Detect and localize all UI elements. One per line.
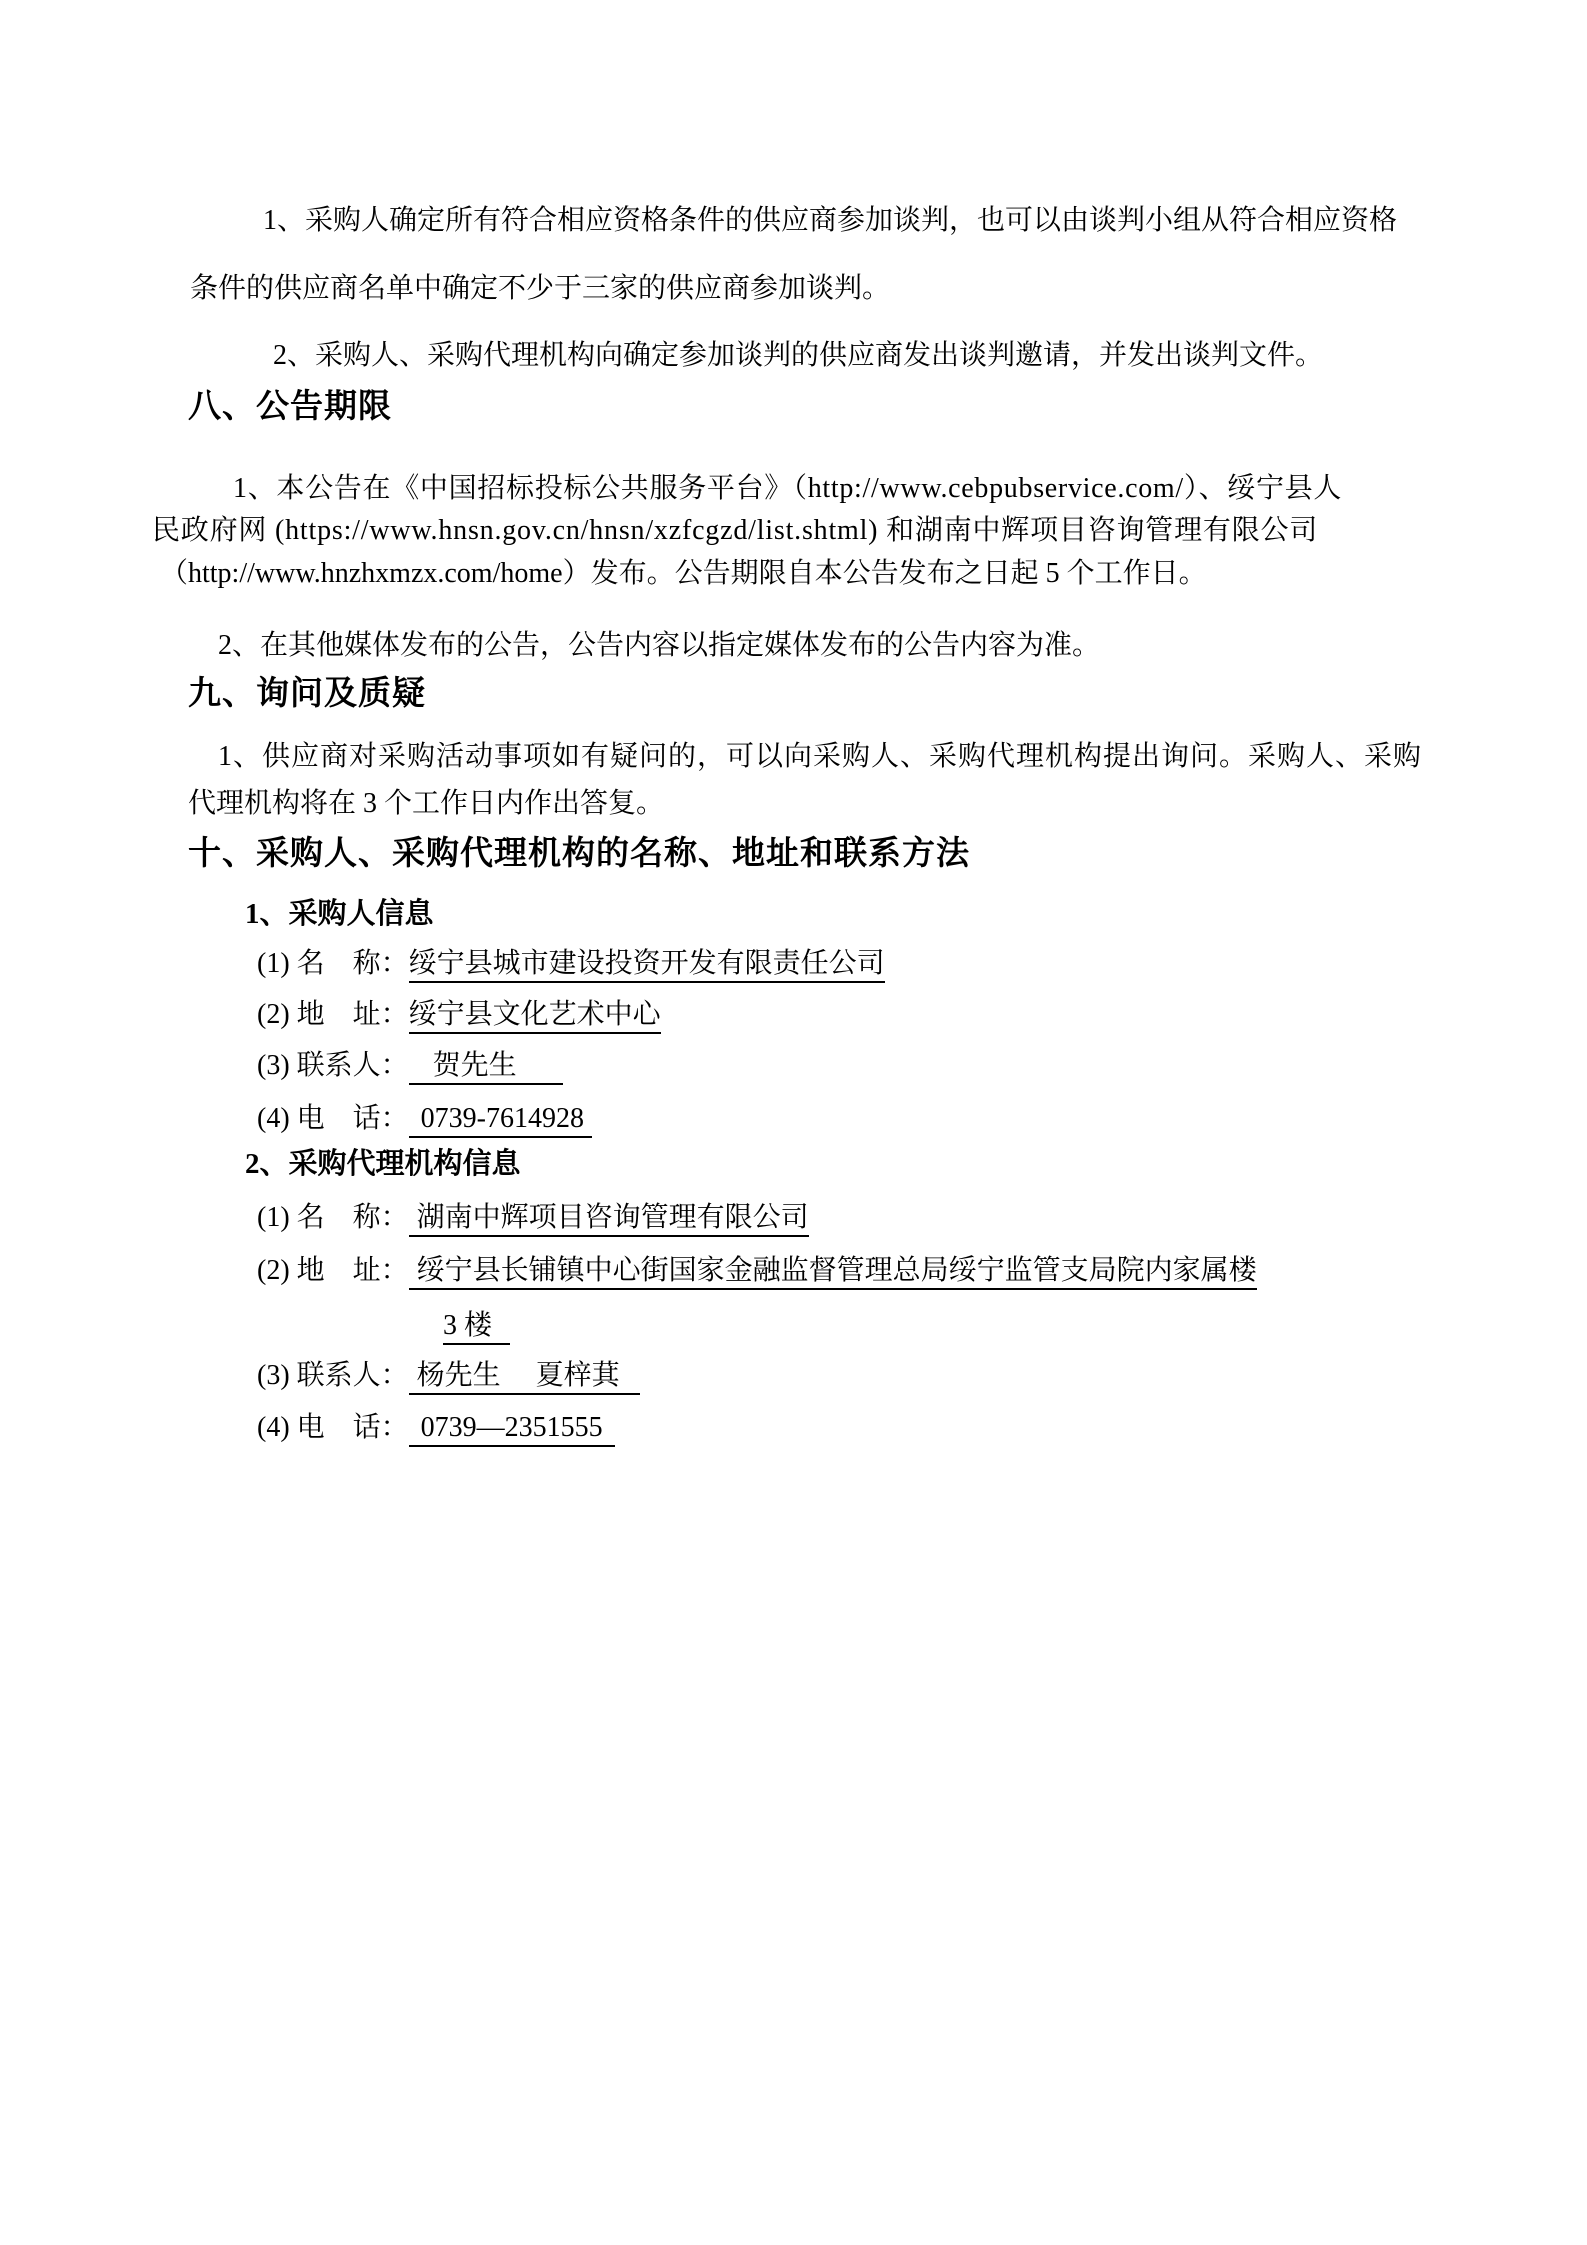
document-line: 1、本公告在《中国招标投标公共服务平台》（http://www.cebpubse… (233, 471, 1342, 507)
text-run: 十、采购人、采购代理机构的名称、地址和联系方法 (188, 834, 970, 871)
document-line: 民政府网 (https://www.hnsn.gov.cn/hnsn/xzfcg… (152, 513, 1318, 549)
document-line: 3 楼 (443, 1308, 510, 1345)
underlined-value: 0739-7614928 (409, 1103, 592, 1138)
section-heading: 九、询问及质疑 (188, 673, 426, 713)
text-run: 代理机构将在 3 个工作日内作出答复。 (188, 788, 664, 819)
document-line: 2、在其他媒体发布的公告，公告内容以指定媒体发布的公告内容为准。 (218, 628, 1100, 664)
text-run: 八、公告期限 (188, 387, 392, 424)
text-run: 1、供应商对采购活动事项如有疑问的，可以向采购人、采购代理机构提出询问。采购人、… (218, 741, 1422, 772)
underlined-value: 贺先生 (409, 1050, 563, 1085)
document-line: 1、供应商对采购活动事项如有疑问的，可以向采购人、采购代理机构提出询问。采购人、… (218, 739, 1422, 775)
text-run: (3) 联系人： (257, 1050, 409, 1081)
text-run: 1、本公告在《中国招标投标公共服务平台》（http://www.cebpubse… (233, 473, 1342, 504)
text-run: (1) 名 称： (257, 948, 409, 979)
field-label: (4) 电 话： (257, 1412, 409, 1443)
underlined-value: 绥宁县长铺镇中心街国家金融监督管理总局绥宁监管支局院内家属楼 (409, 1255, 1257, 1290)
document-line: (1) 名 称：绥宁县城市建设投资开发有限责任公司 (257, 946, 885, 983)
document-line: 1、采购人确定所有符合相应资格条件的供应商参加谈判，也可以由谈判小组从符合相应资… (263, 203, 1397, 239)
text-run: 1、采购人确定所有符合相应资格条件的供应商参加谈判，也可以由谈判小组从符合相应资… (263, 205, 1397, 236)
underlined-value: 0739—2351555 (409, 1412, 615, 1447)
document-line: (1) 名 称：湖南中辉项目咨询管理有限公司 (257, 1200, 809, 1237)
document-line: (4) 电 话：0739—2351555 (257, 1410, 615, 1447)
underlined-value: 绥宁县文化艺术中心 (409, 999, 661, 1034)
field-label: (3) 联系人： (257, 1360, 409, 1391)
text-run: (1) 名 称： (257, 1202, 409, 1233)
underlined-value: 绥宁县城市建设投资开发有限责任公司 (409, 948, 885, 983)
document-line: 2、采购人、采购代理机构向确定参加谈判的供应商发出谈判邀请，并发出谈判文件。 (273, 338, 1323, 374)
document-line: (4) 电 话：0739-7614928 (257, 1101, 592, 1138)
text-run: 条件的供应商名单中确定不少于三家的供应商参加谈判。 (190, 273, 890, 304)
section-heading: 八、公告期限 (188, 386, 392, 426)
text-run: (4) 电 话： (257, 1103, 409, 1134)
document-line: （http://www.hnzhxmzx.com/home）发布。公告期限自本公… (160, 556, 1207, 592)
document-line: (2) 地 址：绥宁县长铺镇中心街国家金融监督管理总局绥宁监管支局院内家属楼 (257, 1253, 1257, 1290)
underlined-value: 3 楼 (443, 1310, 510, 1345)
text-run: 2、采购代理机构信息 (245, 1148, 521, 1180)
document-line: (3) 联系人：贺先生 (257, 1048, 563, 1085)
section-heading: 十、采购人、采购代理机构的名称、地址和联系方法 (188, 833, 970, 873)
text-run: 民政府网 (https://www.hnsn.gov.cn/hnsn/xzfcg… (152, 515, 1318, 546)
sub-heading: 2、采购代理机构信息 (245, 1146, 521, 1182)
underlined-value: 湖南中辉项目咨询管理有限公司 (409, 1202, 809, 1237)
document-page: 1、采购人确定所有符合相应资格条件的供应商参加谈判，也可以由谈判小组从符合相应资… (0, 0, 1587, 2245)
text-run: (2) 地 址： (257, 1255, 409, 1286)
document-line: 代理机构将在 3 个工作日内作出答复。 (188, 786, 664, 822)
document-line: (3) 联系人：杨先生 夏梓萁 (257, 1358, 640, 1395)
text-run: 2、在其他媒体发布的公告，公告内容以指定媒体发布的公告内容为准。 (218, 630, 1100, 661)
sub-heading: 1、采购人信息 (245, 896, 434, 932)
text-run: 1、采购人信息 (245, 898, 434, 930)
text-run: （http://www.hnzhxmzx.com/home）发布。公告期限自本公… (160, 558, 1207, 589)
text-run: 九、询问及质疑 (188, 674, 426, 711)
document-line: 条件的供应商名单中确定不少于三家的供应商参加谈判。 (190, 271, 890, 307)
text-run: (2) 地 址： (257, 999, 409, 1030)
document-line: (2) 地 址：绥宁县文化艺术中心 (257, 997, 661, 1034)
underlined-value: 杨先生 夏梓萁 (409, 1360, 640, 1395)
text-run: 2、采购人、采购代理机构向确定参加谈判的供应商发出谈判邀请，并发出谈判文件。 (273, 340, 1323, 371)
